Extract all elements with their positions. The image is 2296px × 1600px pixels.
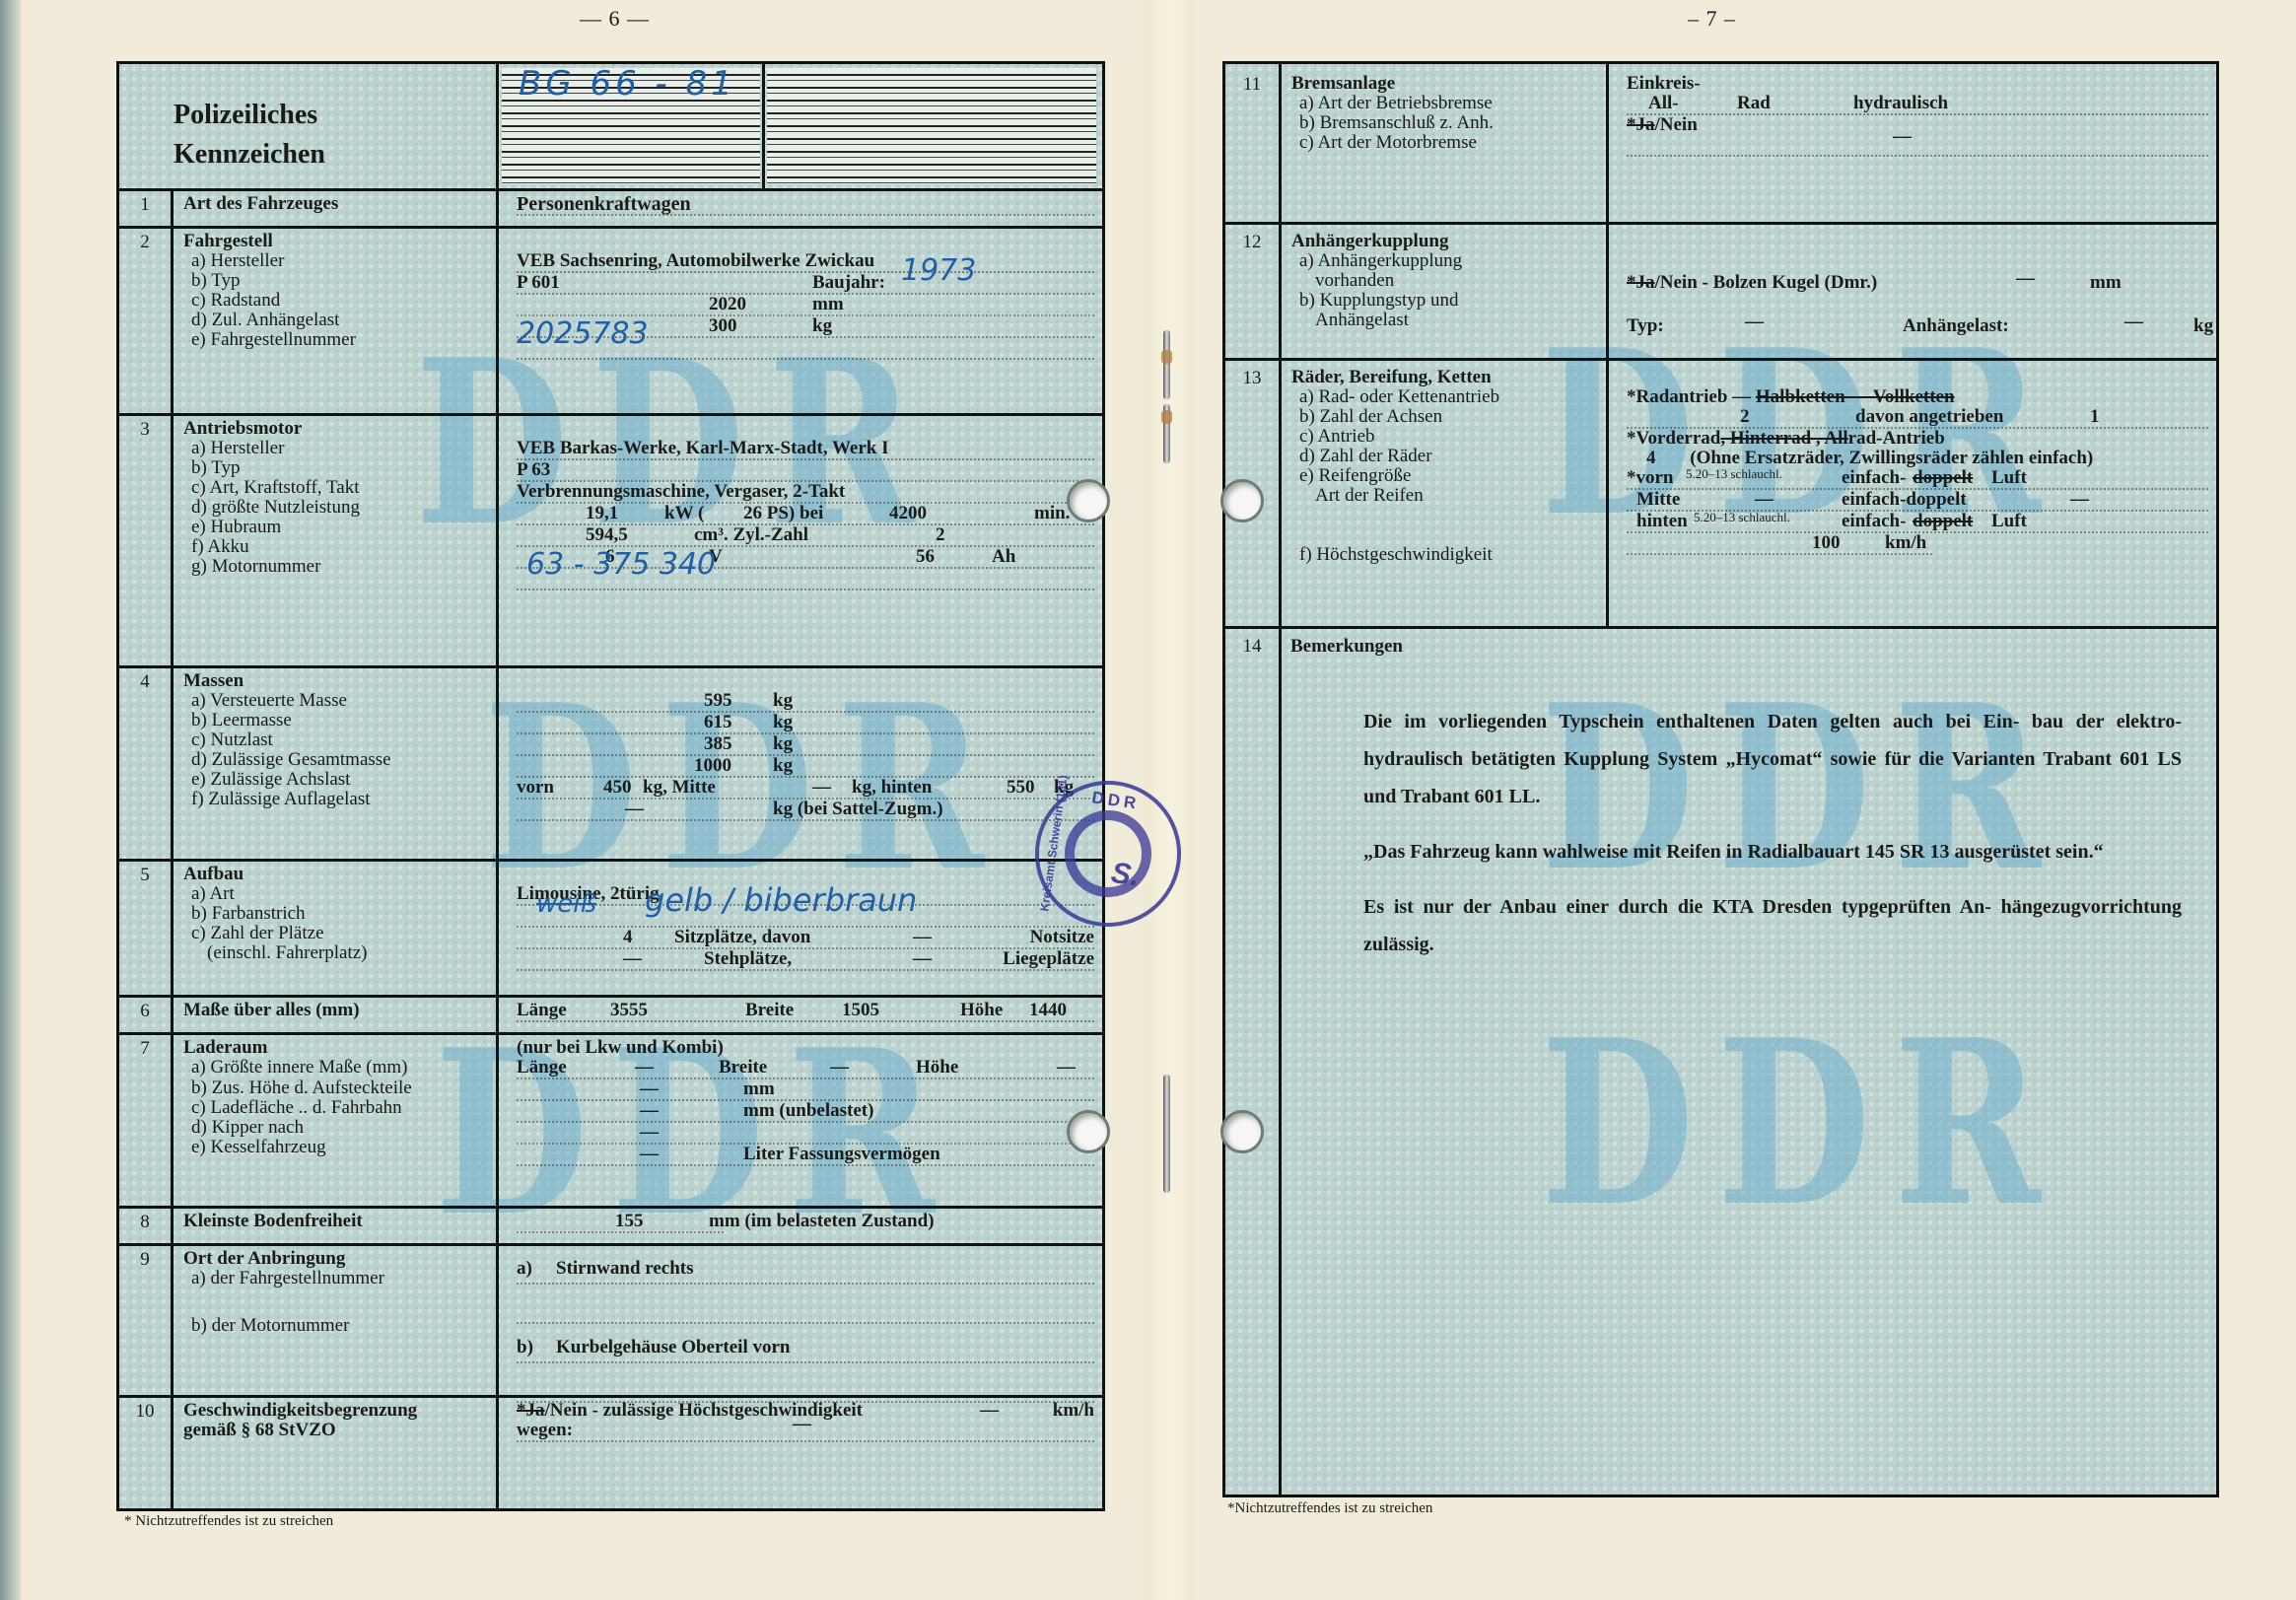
sub-label: a) Art der Betriebsbremse <box>1291 94 1606 113</box>
laderaum-hoehe-value[interactable]: — <box>1057 1058 1076 1078</box>
rpm-value[interactable]: 4200 <box>889 504 927 523</box>
fahrgestell-typ[interactable]: P 601 <box>517 272 560 293</box>
sub-label: e) Fahrgestellnummer <box>183 330 496 350</box>
row-1: 1 Art des Fahrzeuges Personenkraftwagen <box>119 188 1102 229</box>
row-kennzeichen: Polizeiliches Kennzeichen BG 66 - 81 <box>119 64 1102 191</box>
sub-label: a) der Fahrgestellnummer <box>183 1269 496 1288</box>
stehplaetze-value[interactable]: — <box>623 949 642 969</box>
row-label: Maße über alles (mm) <box>183 1000 360 1020</box>
breite-label: Breite <box>719 1058 767 1078</box>
sub-label: a) Größte innere Maße (mm) <box>183 1058 496 1078</box>
farbanstrich-line: weiß gelb / biberbraun <box>517 906 1094 928</box>
antrieb-line: *Vorderrad, Hinterrad , Allrad-Antrieb <box>1627 429 2208 449</box>
angetrieben-value[interactable]: 1 <box>2090 407 2100 427</box>
row-number: 6 <box>119 995 171 1032</box>
anbringung-a-extra-line[interactable] <box>517 1298 1094 1324</box>
gesamtmasse-line: 1000 kg <box>517 756 1094 778</box>
kg-unit: kg <box>773 691 793 711</box>
nein-option[interactable]: /Nein <box>1655 114 1698 135</box>
masse-versteuert-line: 595 kg <box>517 691 1094 713</box>
leermasse-value[interactable]: 615 <box>704 713 732 732</box>
row-11: 11 Bremsanlage a) Art der Betriebsbremse… <box>1225 64 2216 225</box>
hoehe-label: Höhe <box>960 1001 1003 1020</box>
reifen-hinten-size[interactable]: 5.20–13 schlauchl. <box>1694 508 1790 527</box>
sub-label: c) Art der Motorbremse <box>1291 133 1606 153</box>
sub-label: d) Zulässige Gesamtmasse <box>183 750 496 770</box>
bremse-einkreis[interactable]: Einkreis- <box>1627 74 2208 94</box>
betriebsbremse-line: All- Rad hydraulisch <box>1627 94 2208 115</box>
row-4: 4 Massen a) Versteuerte Masse b) Leermas… <box>119 665 1102 862</box>
fahrgestellnummer-line: 2025783 <box>517 338 1094 360</box>
bremse-rad: Rad <box>1737 94 1771 113</box>
antrieb-suffix: rad-Antrieb <box>1848 428 1945 449</box>
nein-option-text[interactable]: /Nein - zulässige Höchstgeschwindigkeit <box>545 1400 863 1421</box>
sitzplaetze-label: Sitzplätze, davon <box>674 928 810 947</box>
anhaengelast-value[interactable]: — <box>2124 313 2143 332</box>
hoechstgeschwindigkeit-value[interactable]: 100 <box>1812 533 1841 553</box>
kg-unit: kg <box>2193 316 2213 336</box>
kupplung-text[interactable]: /Nein - Bolzen Kugel (Dmr.) <box>1655 272 1878 293</box>
reifen-mitte-size[interactable]: — <box>1755 490 1774 510</box>
versteuerte-masse-value[interactable]: 595 <box>704 691 732 711</box>
achslast-vorn-label: vorn <box>517 778 554 798</box>
row-label: Laderaum <box>183 1038 496 1058</box>
aufsteckteile-line: — mm <box>517 1079 1094 1101</box>
sub-label: Art der Reifen <box>1291 486 1606 506</box>
punch-hole <box>1220 479 1264 522</box>
kupplung-vorhanden-line: *Ja/Nein - Bolzen Kugel (Dmr.) — mm <box>1627 273 2208 293</box>
achsen-line: 2 davon angetrieben 1 <box>1627 407 2208 429</box>
laderaum-laenge-value[interactable]: — <box>635 1058 654 1078</box>
ja-option-struck[interactable]: *Ja <box>1627 114 1655 135</box>
ketten-option-struck[interactable]: Halbketten — Vollketten <box>1756 386 1955 407</box>
achslast-hinten-label: kg, hinten <box>852 778 932 798</box>
laderaum-note: (nur bei Lkw und Kombi) <box>517 1038 1094 1058</box>
reifen-vorn-art[interactable]: Luft <box>1991 468 2027 488</box>
laenge-label: Länge <box>517 1001 567 1020</box>
row-label: Kleinste Bodenfreiheit <box>183 1211 363 1231</box>
kw-unit: kW ( <box>664 504 704 523</box>
hoehe-label: Höhe <box>916 1058 958 1078</box>
anbringung-a-prefix: a) <box>517 1259 532 1279</box>
sub-label: e) Kesselfahrzeug <box>183 1138 496 1157</box>
bremse-hydraulisch[interactable]: hydraulisch <box>1853 94 1948 113</box>
stehplaetze-label: Stehplätze, <box>704 949 792 969</box>
einfach-option[interactable]: einfach- <box>1842 468 1906 488</box>
achsen-value[interactable]: 2 <box>1740 407 1750 427</box>
bemerkung-paragraph: Es ist nur der Anbau einer durch die KTA… <box>1363 888 2182 963</box>
punch-hole <box>1067 479 1110 522</box>
sub-label: d) größte Nutzleistung <box>183 498 496 518</box>
liegeplaetze-value[interactable]: — <box>913 949 932 969</box>
wegen-label: wegen: <box>517 1421 573 1440</box>
vorn-label: *vorn <box>1627 468 1674 488</box>
angetrieben-label: davon angetrieben <box>1855 407 2003 427</box>
row-number: 12 <box>1225 222 1279 358</box>
sub-label: c) Antrieb <box>1291 427 1606 447</box>
achslast-mitte-value[interactable]: — <box>812 778 831 798</box>
sub-label: b) Leermasse <box>183 711 496 730</box>
sub-label: e) Reifengröße <box>1291 466 1606 486</box>
stamp-emblem <box>1059 804 1156 902</box>
kennzeichen-label-line1: Polizeiliches <box>174 96 325 135</box>
sub-label: vorhanden <box>1291 271 1606 291</box>
sub-label: e) Hubraum <box>183 518 496 537</box>
ladeflaeche-line: — mm (unbelastet) <box>517 1101 1094 1123</box>
laenge-label: Länge <box>517 1058 567 1078</box>
sub-label: g) Motornummer <box>183 557 496 577</box>
anbringung-b-prefix: b) <box>517 1338 533 1357</box>
radantrieb-option[interactable]: *Radantrieb — <box>1627 386 1751 407</box>
row-number: 3 <box>119 413 171 665</box>
anbringung-b-line: b) Kurbelgehäuse Oberteil vorn <box>517 1338 1094 1363</box>
row-number: 5 <box>119 859 171 995</box>
farbanstrich-value[interactable]: gelb / biberbraun <box>645 890 917 910</box>
motor-hersteller[interactable]: VEB Barkas-Werke, Karl-Marx-Stadt, Werk … <box>517 439 1094 460</box>
kennzeichen-label-line2: Kennzeichen <box>174 135 325 174</box>
bemerkung-paragraph: Die im vorliegenden Typschein enthaltene… <box>1363 703 2182 815</box>
anhaengelast-label: Anhängelast: <box>1903 316 2009 336</box>
sub-label: b) der Motornummer <box>183 1316 496 1336</box>
sub-label: f) Höchstgeschwindigkeit <box>1291 545 1606 565</box>
row-number: 14 <box>1225 626 1279 1495</box>
motorbremse-line: — <box>1627 135 2208 157</box>
radantrieb-line: *Radantrieb — Halbketten — Vollketten <box>1627 387 2208 407</box>
laderaum-masse-line: Länge — Breite — Höhe — <box>517 1058 1094 1079</box>
plate-number: BG 66 - 81 <box>519 64 736 104</box>
row-6: 6 Maße über alles (mm) Länge 3555 Breite… <box>119 995 1102 1035</box>
bemerkung-paragraph: „Das Fahrzeug kann wahlweise mit Reifen … <box>1363 833 2182 870</box>
sub-label: c) Ladefläche .. d. Fahrbahn <box>183 1098 496 1118</box>
nutzlast-value[interactable]: 385 <box>704 734 732 754</box>
row-number: 1 <box>119 188 171 226</box>
akku-ah[interactable]: 56 <box>916 547 935 567</box>
fahrgestellnummer-value[interactable]: 2025783 <box>517 324 649 344</box>
ja-option-struck[interactable]: *Ja <box>517 1400 545 1421</box>
masse-ueber-alles-line: Länge 3555 Breite 1505 Höhe 1440 <box>517 1001 1094 1022</box>
sub-label: e) Zulässige Achslast <box>183 770 496 790</box>
farbanstrich-struck: weiß <box>536 894 596 914</box>
sub-label: d) Zahl der Räder <box>1291 447 1606 466</box>
auflagelast-unit: kg (bei Sattel-Zugm.) <box>773 800 943 819</box>
row-label: Anhängerkupplung <box>1291 232 1606 251</box>
row-number: 7 <box>119 1032 171 1206</box>
leermasse-line: 615 kg <box>517 713 1094 734</box>
row-label: Antriebsmotor <box>183 419 496 439</box>
sub-label: b) Kupplungstyp und <box>1291 291 1606 311</box>
breite-value[interactable]: 1505 <box>842 1001 879 1020</box>
wegen-line: wegen: — <box>517 1421 1094 1442</box>
kmh-unit: km/h <box>1885 533 1926 553</box>
sub-label: f) Zulässige Auflagelast <box>183 790 496 809</box>
row-label: Räder, Bereifung, Ketten <box>1291 368 1606 387</box>
sub-label: a) Hersteller <box>183 439 496 458</box>
akku-ah-unit: Ah <box>992 547 1015 567</box>
ps-value[interactable]: 26 PS) bei <box>743 504 823 523</box>
staple-top-lower <box>1163 404 1170 463</box>
radstand-value[interactable]: 2020 <box>709 295 746 314</box>
einfach-option[interactable]: einfach- <box>1842 512 1906 531</box>
sub-label: a) Hersteller <box>183 251 496 271</box>
kipper-value[interactable]: — <box>640 1123 659 1143</box>
bodenfreiheit-value[interactable]: 155 <box>615 1212 644 1231</box>
row-number: 10 <box>119 1395 171 1508</box>
plate-field-2[interactable] <box>767 68 1096 184</box>
ja-option-struck[interactable]: *Ja <box>1627 272 1655 293</box>
sub-label: c) Radstand <box>183 291 496 311</box>
punch-hole <box>1067 1110 1110 1153</box>
row-label: Bremsanlage <box>1291 74 1606 94</box>
footnote-left: * Nichtzutreffendes ist zu streichen <box>124 1513 333 1530</box>
ladeflaeche-unit: mm (unbelastet) <box>743 1101 873 1121</box>
sub-label: b) Zus. Höhe d. Aufsteckteile <box>183 1078 496 1098</box>
sub-label: a) Rad- oder Kettenantrieb <box>1291 387 1606 407</box>
left-form: DDR DDR DDR Polizeiliches Kennzeichen BG… <box>116 61 1105 1511</box>
row-12: 12 Anhängerkupplung a) Anhängerkupplung … <box>1225 222 2216 361</box>
stamp-signature: S. <box>1109 857 1142 894</box>
right-form: DDR DDR DDR 11 Bremsanlage a) Art der Be… <box>1222 61 2219 1497</box>
sub-label: d) Kipper nach <box>183 1118 496 1138</box>
hinterrad-allrad-struck[interactable]: , Hinterrad , All <box>1720 428 1847 449</box>
kg-unit: kg <box>773 734 793 754</box>
sub-label: a) Versteuerte Masse <box>183 691 496 711</box>
hubraum-value[interactable]: 594,5 <box>586 525 628 545</box>
fahrgestell-typ-line: P 601 Baujahr: 1973 <box>517 273 1094 295</box>
nutzleistung-line: 19,1 kW ( 26 PS) bei 4200 min.⁻¹ <box>517 504 1094 525</box>
fahrgestell-hersteller[interactable]: VEB Sachsenring, Automobilwerke Zwickau <box>517 251 1094 273</box>
doppelt-struck[interactable]: doppelt <box>1913 468 1973 488</box>
punch-hole <box>1220 1110 1264 1153</box>
mitte-label: Mitte <box>1636 490 1680 510</box>
sub-label: b) Farbanstrich <box>183 904 496 924</box>
notsitze-value[interactable]: — <box>913 928 932 947</box>
row-label: Bemerkungen <box>1290 636 1403 658</box>
typ-label: Typ: <box>1627 316 1664 336</box>
kw-value[interactable]: 19,1 <box>586 504 618 523</box>
row-label: Ort der Anbringung <box>183 1249 496 1269</box>
row-number: 9 <box>119 1243 171 1395</box>
row-number: 4 <box>119 665 171 859</box>
bemerkungen-text: Die im vorliegenden Typschein enthaltene… <box>1363 703 2182 981</box>
achslast-vorn-value[interactable]: 450 <box>603 778 632 798</box>
ladeflaeche-value[interactable]: — <box>640 1101 659 1121</box>
staple-top <box>1163 330 1170 399</box>
einfach-doppelt-option[interactable]: einfach-doppelt <box>1842 490 1967 510</box>
kmh-unit: km/h <box>1053 1401 1094 1421</box>
radstand-line: 2020 mm <box>517 295 1094 316</box>
row-13: 13 Räder, Bereifung, Ketten a) Rad- oder… <box>1225 358 2216 629</box>
motorbremse-value[interactable]: — <box>1893 127 1912 147</box>
achslast-mitte-label: kg, Mitte <box>643 778 716 798</box>
radstand-unit: mm <box>812 295 844 314</box>
hoechstgeschwindigkeit-line: 100 km/h <box>1627 533 1932 555</box>
row-label: Aufbau <box>183 865 496 884</box>
motor-typ[interactable]: P 63 <box>517 460 1094 482</box>
hinten-label: hinten <box>1636 512 1688 531</box>
kesselfahrzeug-line: — Liter Fassungsvermögen <box>517 1145 1094 1166</box>
row-9: 9 Ort der Anbringung a) der Fahrgestelln… <box>119 1243 1102 1398</box>
sitzplaetze-value[interactable]: 4 <box>623 928 633 947</box>
kugel-durchmesser-value[interactable]: — <box>2016 269 2035 289</box>
vorderrad-option[interactable]: *Vorderrad <box>1627 428 1720 449</box>
gesamtmasse-value[interactable]: 1000 <box>694 756 731 776</box>
sub-label: b) Typ <box>183 271 496 291</box>
hubraum-line: 594,5 cm³. Zyl.-Zahl 2 <box>517 525 1094 547</box>
stehplaetze-line: — Stehplätze, — Liegeplätze <box>517 949 1094 971</box>
notsitze-label: Notsitze <box>1030 928 1094 947</box>
laderaum-breite-value[interactable]: — <box>830 1058 849 1078</box>
page-number-right: – 7 – <box>1688 6 1736 32</box>
liegeplaetze-label: Liegeplätze <box>1003 949 1094 969</box>
staple-bottom <box>1163 1075 1170 1193</box>
kessel-unit: Liter Fassungsvermögen <box>743 1145 940 1164</box>
anhaengelast-value[interactable]: 300 <box>709 316 737 336</box>
laenge-value[interactable]: 3555 <box>610 1001 648 1020</box>
anhaengelast-unit: kg <box>812 316 832 336</box>
row-number: 11 <box>1225 64 1279 222</box>
nutzlast-line: 385 kg <box>517 734 1094 756</box>
hoechstgeschwindigkeit-value[interactable]: — <box>980 1401 999 1421</box>
sub-label: d) Zul. Anhängelast <box>183 311 496 330</box>
row-7: 7 Laderaum a) Größte innere Maße (mm) b)… <box>119 1032 1102 1209</box>
sub-label: f) Akku <box>183 537 496 557</box>
doppelt-struck[interactable]: doppelt <box>1913 512 1973 531</box>
bodenfreiheit-unit: mm (im belasteten Zustand) <box>709 1212 935 1231</box>
row-number: 2 <box>119 226 171 413</box>
row-5: 5 Aufbau a) Art b) Farbanstrich c) Zahl … <box>119 859 1102 998</box>
fahrzeugart-value[interactable]: Personenkraftwagen <box>517 194 1094 216</box>
kupplungstyp-line: Typ: — Anhängelast: — kg <box>1627 316 2208 336</box>
mm-unit: mm <box>2090 273 2122 293</box>
sub-label: b) Zahl der Achsen <box>1291 407 1606 427</box>
sub-label: c) Nutzlast <box>183 730 496 750</box>
row-label: Fahrgestell <box>183 232 496 251</box>
footnote-right: *Nichtzutreffendes ist zu streichen <box>1227 1500 1432 1517</box>
sub-label: (einschl. Fahrerplatz) <box>183 943 496 963</box>
booklet-edge <box>0 0 22 1600</box>
reifen-mitte-art[interactable]: — <box>2070 490 2089 510</box>
sitzplaetze-line: 4 Sitzplätze, davon — Notsitze <box>517 928 1094 949</box>
kipper-line: — <box>517 1123 1094 1145</box>
reifen-vorn-size[interactable]: 5.20–13 schlauchl. <box>1686 464 1782 484</box>
achslast-line: vorn 450 kg, Mitte — kg, hinten 550 kg <box>517 778 1094 800</box>
bremsanschluss-line: *Ja/Nein <box>1627 115 2208 135</box>
row-10: 10 Geschwindigkeitsbegrenzung gemäß § 68… <box>119 1395 1102 1508</box>
auflagelast-value[interactable]: — <box>625 800 644 819</box>
sub-label: a) Anhängerkupplung <box>1291 251 1606 271</box>
row-label: Massen <box>183 671 496 691</box>
hubraum-unit: cm³. Zyl.-Zahl <box>694 525 808 545</box>
page-number-left: — 6 — <box>580 6 650 32</box>
sub-label: Anhängelast <box>1291 311 1606 330</box>
auflagelast-line: — kg (bei Sattel-Zugm.) <box>517 800 1094 821</box>
achslast-hinten-value[interactable]: 550 <box>1007 778 1035 798</box>
sub-label: c) Zahl der Plätze <box>183 924 496 943</box>
reifen-vorn-line: *vorn 5.20–13 schlauchl. einfach- doppel… <box>1627 468 2208 490</box>
sub-label: b) Bremsanschluß z. Anh. <box>1291 113 1606 133</box>
sub-label: a) Art <box>183 884 496 904</box>
row-label: Geschwindigkeitsbegrenzung <box>183 1401 496 1421</box>
baujahr-value[interactable]: 1973 <box>901 261 976 281</box>
row-3: 3 Antriebsmotor a) Hersteller b) Typ c) … <box>119 413 1102 668</box>
anbringung-motornummer-value[interactable]: Kurbelgehäuse Oberteil vorn <box>556 1338 790 1357</box>
row-2: 2 Fahrgestell a) Hersteller b) Typ c) Ra… <box>119 226 1102 416</box>
motor-art[interactable]: Verbrennungsmaschine, Vergaser, 2-Takt <box>517 482 1094 504</box>
sub-label: c) Art, Kraftstoff, Takt <box>183 478 496 498</box>
row-8: 8 Kleinste Bodenfreiheit 155 mm (im bela… <box>119 1206 1102 1246</box>
kupplungstyp-value[interactable]: — <box>1745 313 1764 332</box>
bodenfreiheit-line: 155 mm (im belasteten Zustand) <box>517 1212 724 1233</box>
anbringung-a-line: a) Stirnwand rechts <box>517 1259 1094 1285</box>
wegen-value[interactable]: — <box>793 1415 811 1434</box>
row-14: 14 Bemerkungen Die im vorliegenden Typsc… <box>1225 626 2216 1495</box>
kg-unit: kg <box>773 756 793 776</box>
kessel-value[interactable]: — <box>640 1145 659 1164</box>
motornummer-value[interactable]: 63 - 375 340 <box>526 555 716 575</box>
row-number: 8 <box>119 1206 171 1243</box>
anbringung-fahrgestellnummer-value[interactable]: Stirnwand rechts <box>556 1259 694 1279</box>
aufsteckteile-value[interactable]: — <box>640 1079 659 1099</box>
baujahr-label: Baujahr: <box>812 273 885 293</box>
mm-unit: mm <box>743 1079 775 1099</box>
kg-unit: kg <box>773 713 793 732</box>
row-label-line2: gemäß § 68 StVZO <box>183 1421 496 1440</box>
sub-label: b) Typ <box>183 458 496 478</box>
raeder-value[interactable]: 4 <box>1627 448 1656 468</box>
kennzeichen-label: Polizeiliches Kennzeichen <box>174 96 325 174</box>
motornummer-line: 63 - 375 340 <box>517 569 1094 591</box>
reifen-hinten-line: hinten 5.20–13 schlauchl. einfach- doppe… <box>1627 512 2208 533</box>
row-label: Art des Fahrzeuges <box>183 193 338 214</box>
reifen-hinten-art[interactable]: Luft <box>1991 512 2027 531</box>
bremse-all[interactable]: All- <box>1648 94 1679 113</box>
zylinder-value[interactable]: 2 <box>936 525 945 545</box>
hoehe-value[interactable]: 1440 <box>1029 1001 1067 1020</box>
breite-label: Breite <box>745 1001 794 1020</box>
